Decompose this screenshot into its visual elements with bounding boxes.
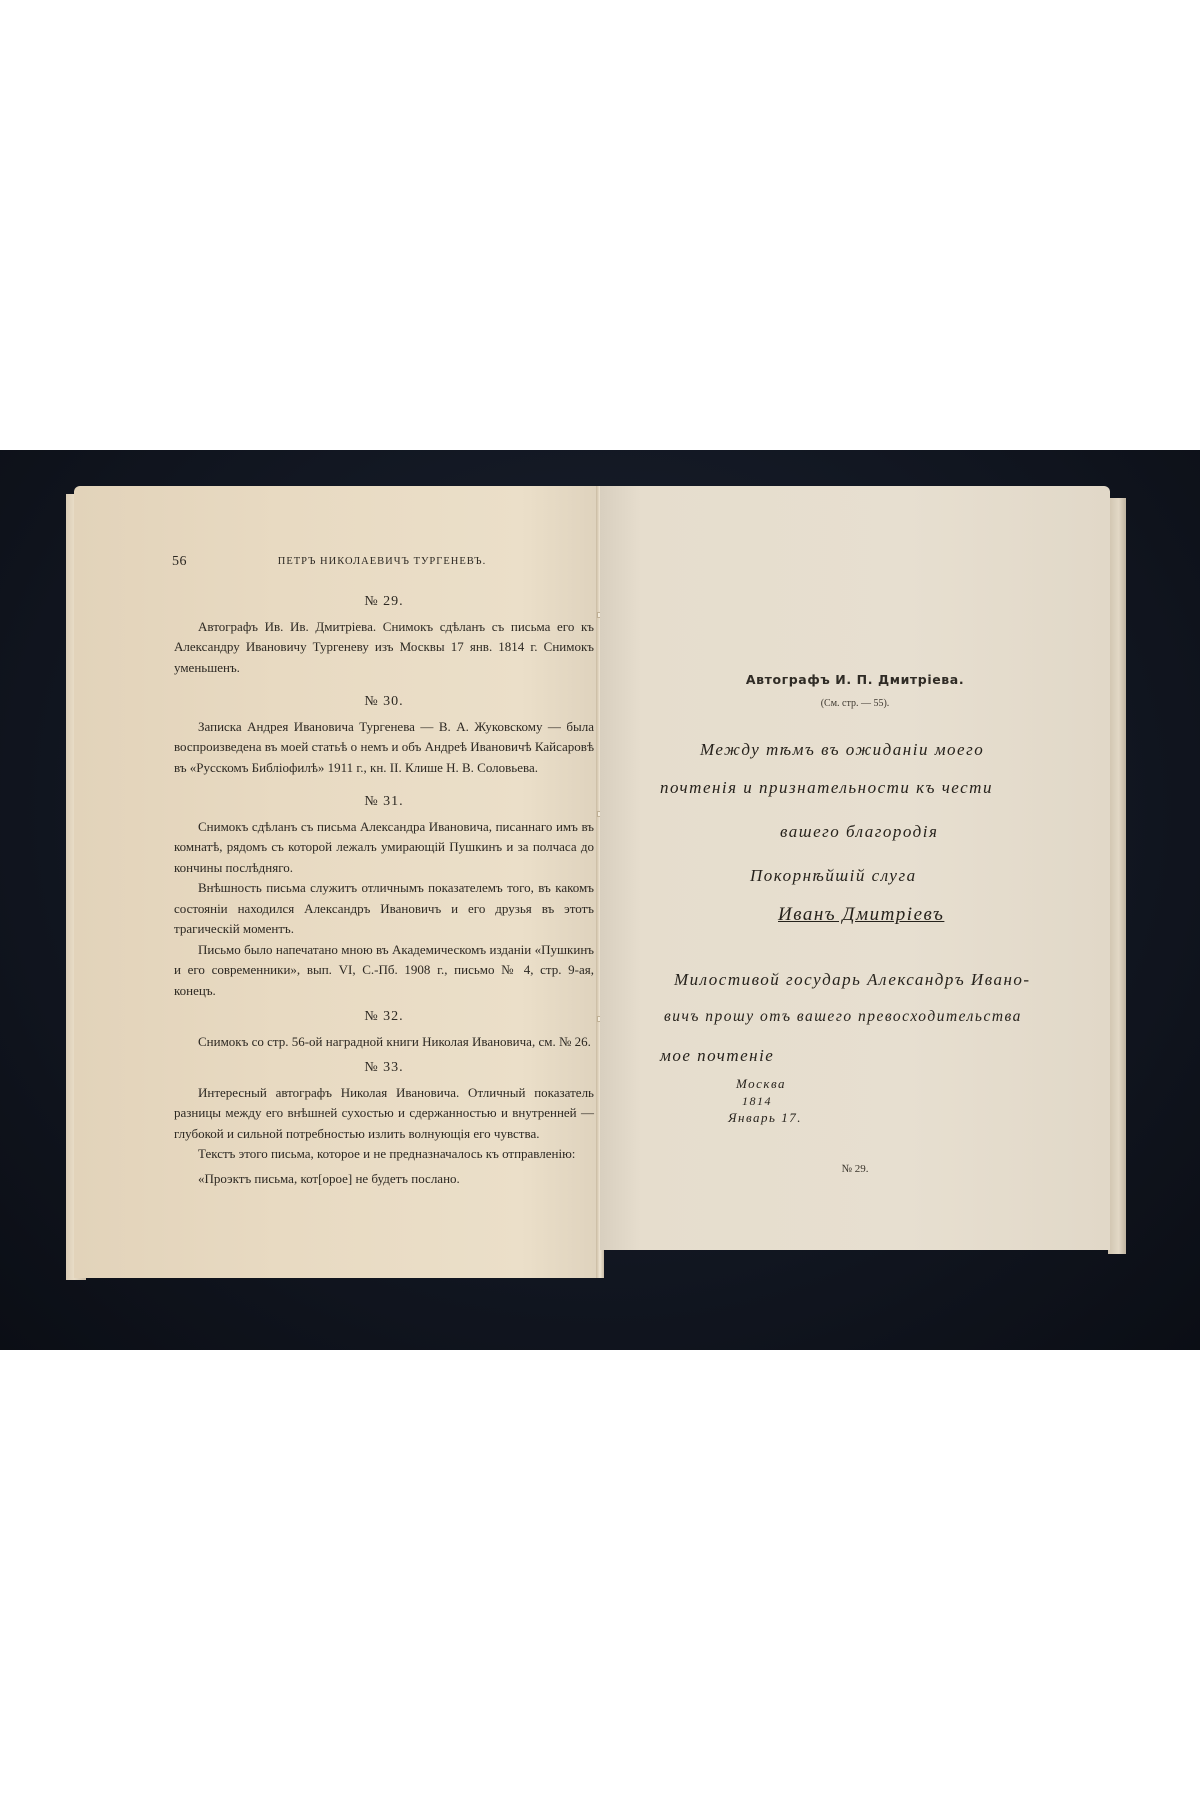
handwriting-line-3: вашего благородія: [780, 822, 938, 842]
section-31-text-2: Внѣшность письма служитъ отличнымъ показ…: [174, 878, 594, 940]
running-head-title: ПЕТРЪ НИКОЛАЕВИЧЪ ТУРГЕНЕВЪ.: [232, 556, 532, 567]
left-page-body: № 29. Автографъ Ив. Ив. Дмитріева. Снимо…: [174, 586, 594, 1189]
plate-title: Автографъ И. П. Дмитріева.: [600, 672, 1110, 687]
section-29-text: Автографъ Ив. Ив. Дмитріева. Снимокъ сдѣ…: [174, 617, 594, 679]
right-page: Автографъ И. П. Дмитріева. (См. стр. — 5…: [600, 486, 1110, 1250]
section-32-text: Снимокъ со стр. 56-ой наградной книги Ни…: [174, 1032, 594, 1053]
handwritten-signature: Иванъ Дмитріевъ: [778, 904, 944, 926]
section-31-text-3: Письмо было напечатано мною въ Академиче…: [174, 940, 594, 1002]
handwriting-year: 1814: [742, 1094, 772, 1109]
handwriting-line-7: мое почтеніе: [660, 1046, 774, 1066]
plate-subtitle: (См. стр. — 55).: [600, 698, 1110, 709]
right-page-edges: [1108, 498, 1126, 1254]
section-number-29: № 29.: [174, 592, 594, 613]
handwriting-line-2: почтенія и признательности къ чести: [660, 778, 993, 798]
section-number-30: № 30.: [174, 692, 594, 713]
section-30-text: Записка Андрея Ивановича Тургенева — В. …: [174, 717, 594, 779]
section-number-33: № 33.: [174, 1058, 594, 1079]
section-31-text-1: Снимокъ сдѣланъ съ письма Александра Ива…: [174, 817, 594, 879]
open-book: 56 ПЕТРЪ НИКОЛАЕВИЧЪ ТУРГЕНЕВЪ. № 29. Ав…: [66, 486, 1126, 1286]
section-33-quote: «Проэктъ письма, кот[орое] не будетъ пос…: [174, 1169, 594, 1190]
section-33-text-2: Текстъ этого письма, которое и не предна…: [174, 1144, 594, 1165]
handwriting-line-4: Покорнѣйшій слуга: [750, 866, 917, 886]
handwriting-line-6: вичъ прошу отъ вашего превосходительства: [664, 1008, 1022, 1026]
handwriting-line-5: Милостивой государь Александръ Ивано-: [674, 970, 1031, 990]
page-number: 56: [172, 554, 187, 570]
left-page: 56 ПЕТРЪ НИКОЛАЕВИЧЪ ТУРГЕНЕВЪ. № 29. Ав…: [74, 486, 600, 1278]
section-number-32: № 32.: [174, 1007, 594, 1028]
handwriting-line-1: Между тѣмъ въ ожиданіи моего: [700, 740, 984, 760]
handwriting-place: Москва: [736, 1076, 786, 1092]
section-number-31: № 31.: [174, 792, 594, 813]
handwriting-date: Январь 17.: [728, 1110, 802, 1126]
plate-number-caption: № 29.: [600, 1163, 1110, 1175]
section-33-text-1: Интересный автографъ Николая Ивановича. …: [174, 1083, 594, 1145]
